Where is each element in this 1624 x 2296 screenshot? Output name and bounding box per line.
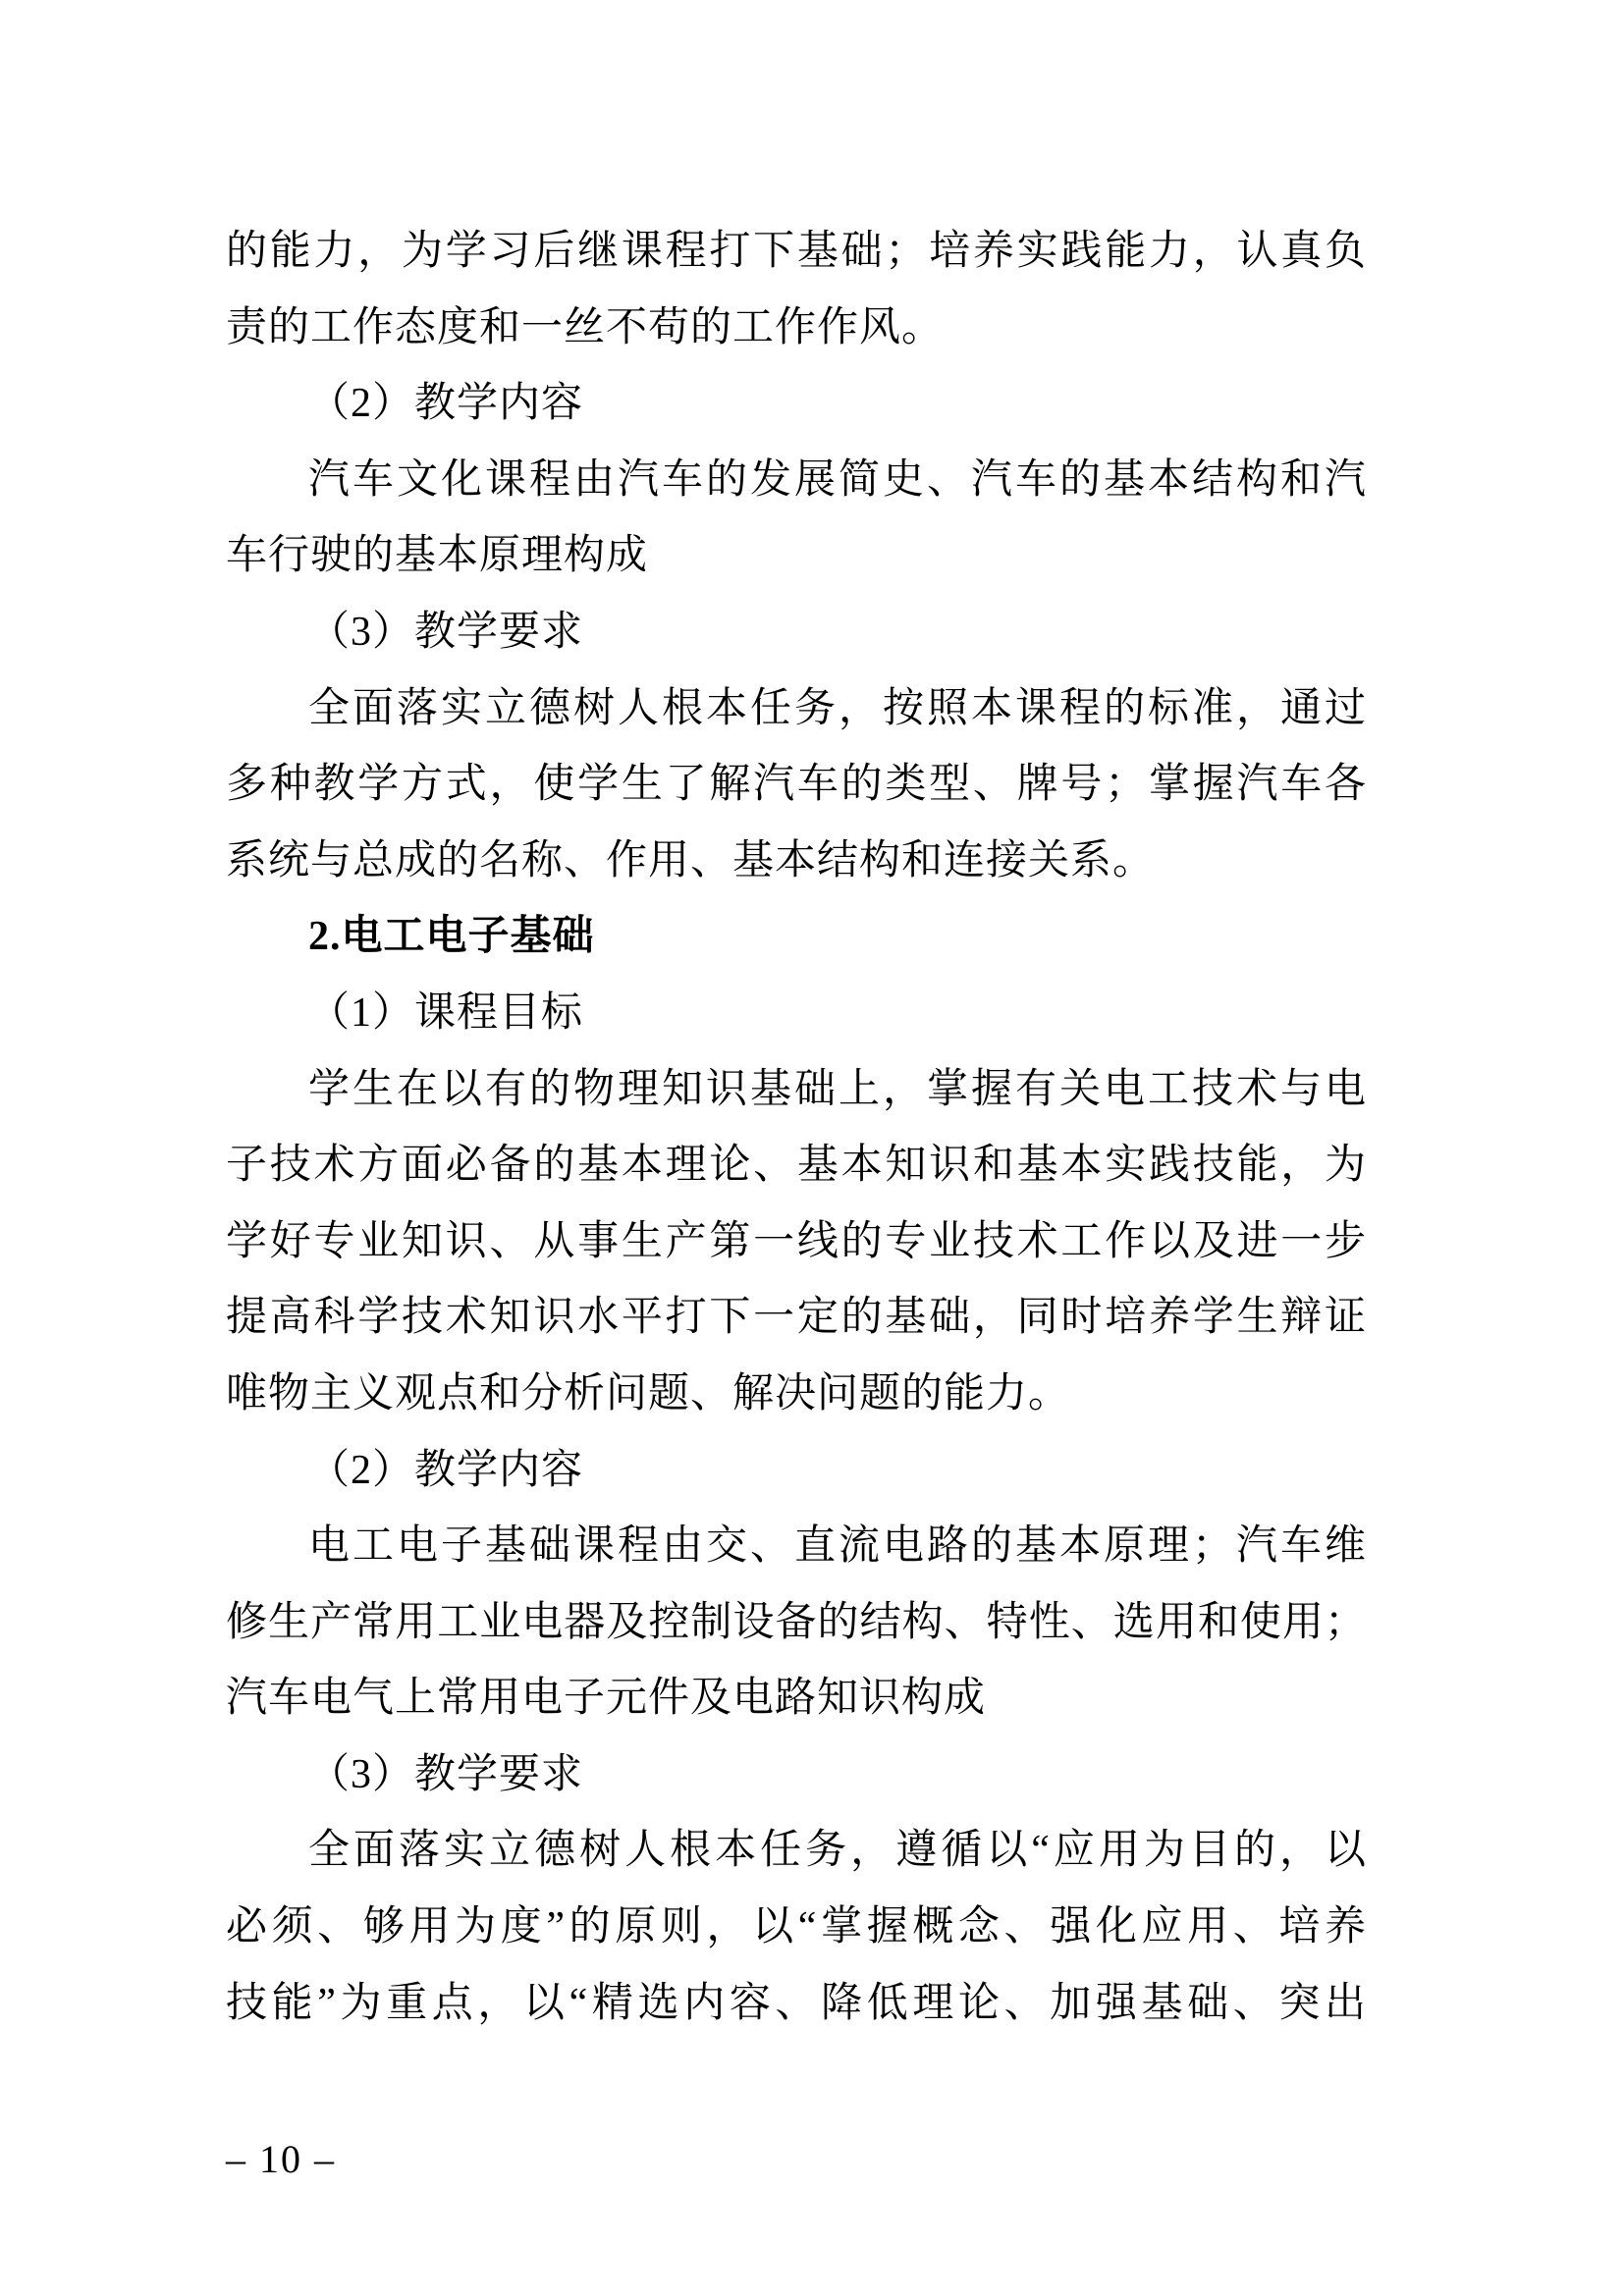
text-line: 全面落实立德树人根本任务，遵循以“应用为目的，以 [226,1813,1367,1890]
text-line: 学好专业知识、从事生产第一线的专业技术工作以及进一步 [226,1204,1367,1281]
text-line: 责的工作态度和一丝不苟的工作作风。 [226,291,1367,367]
text-line: 电工电子基础课程由交、直流电路的基本原理；汽车维 [226,1509,1367,1585]
text-line: （3）教学要求 [226,595,1367,671]
document-body: 的能力，为学习后继课程打下基础；培养实践能力，认真负责的工作态度和一丝不苟的工作… [226,214,1367,2042]
text-line: 必须、够用为度”的原则，以“掌握概念、强化应用、培养 [226,1890,1367,1966]
text-line: （2）教学内容 [226,366,1367,443]
text-line: 车行驶的基本原理构成 [226,518,1367,595]
text-line: 唯物主义观点和分析问题、解决问题的能力。 [226,1357,1367,1433]
text-line: （1）课程目标 [226,976,1367,1052]
text-line: 系统与总成的名称、作用、基本结构和连接关系。 [226,824,1367,900]
text-line: 2.电工电子基础 [226,899,1367,976]
text-line: 全面落实立德树人根本任务，按照本课程的标准，通过 [226,671,1367,748]
text-line: 提高科学技术知识水平打下一定的基础，同时培养学生辩证 [226,1280,1367,1357]
page-number: – 10 – [226,2136,336,2182]
text-line: 技能”为重点，以“精选内容、降低理论、加强基础、突出 [226,1966,1367,2043]
document-page: 的能力，为学习后继课程打下基础；培养实践能力，认真负责的工作态度和一丝不苟的工作… [0,0,1624,2296]
text-line: 子技术方面必备的基本理论、基本知识和基本实践技能，为 [226,1128,1367,1204]
text-line: 汽车电气上常用电子元件及电路知识构成 [226,1661,1367,1737]
text-line: （3）教学要求 [226,1737,1367,1814]
text-line: 修生产常用工业电器及控制设备的结构、特性、选用和使用； [226,1585,1367,1662]
text-line: 学生在以有的物理知识基础上，掌握有关电工技术与电 [226,1052,1367,1129]
text-line: 的能力，为学习后继课程打下基础；培养实践能力，认真负 [226,214,1367,291]
text-line: 多种教学方式，使学生了解汽车的类型、牌号；掌握汽车各 [226,747,1367,824]
text-line: （2）教学内容 [226,1433,1367,1510]
text-line: 汽车文化课程由汽车的发展简史、汽车的基本结构和汽 [226,443,1367,519]
